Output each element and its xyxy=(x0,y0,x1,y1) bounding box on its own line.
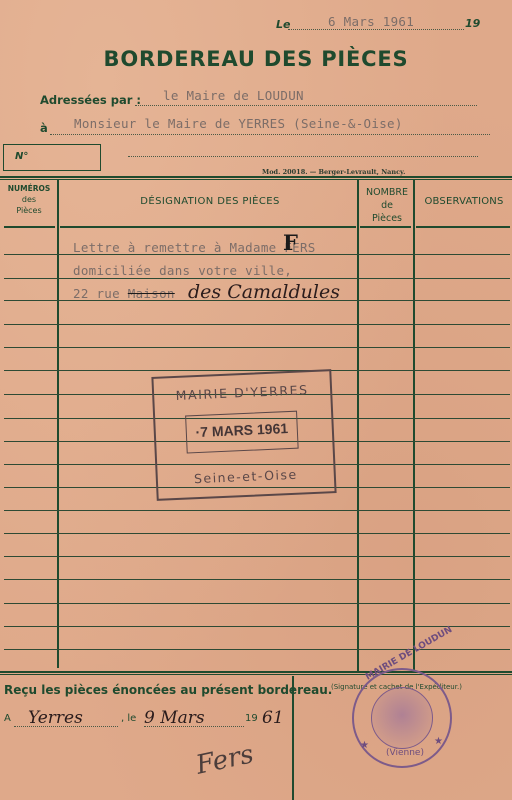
header-numbers-line2: des xyxy=(2,194,56,205)
table-top-rule xyxy=(0,176,512,178)
row-rule xyxy=(4,603,510,604)
header-rule-col1 xyxy=(4,226,55,228)
recipient-signature: Fers xyxy=(194,739,257,780)
receipt-date-prefix: , le xyxy=(121,713,136,724)
header-count-line2: de xyxy=(360,199,414,212)
footer-top-rule-thin xyxy=(0,674,512,675)
reception-stamp: MAIRIE D'YERRES ·7 MARS 1961 Seine-et-Oi… xyxy=(151,369,336,501)
seal-bottom-text: (Vienne) xyxy=(386,748,424,758)
designation-line-1: Lettre à remettre à Madame FERS xyxy=(73,240,316,255)
number-box: N° xyxy=(3,144,101,171)
receipt-date-value: 9 Mars xyxy=(144,708,205,728)
table-top-rule-thin xyxy=(0,179,512,180)
row-rule xyxy=(4,370,510,371)
printer-imprint: Mod. 20018. — Berger-Levrault, Nancy. xyxy=(262,168,405,176)
header-rule-col3 xyxy=(360,226,411,228)
designation-line-3: 22 rue Maison xyxy=(73,286,175,301)
row-rule xyxy=(4,533,510,534)
stamp-date-box: ·7 MARS 1961 xyxy=(185,411,299,454)
date-value: 6 Mars 1961 xyxy=(328,14,414,29)
row-rule xyxy=(4,510,510,511)
receipt-year-prefix: 19 xyxy=(245,713,258,724)
handwritten-correction: F xyxy=(283,230,298,255)
header-count-line3: Pièces xyxy=(360,212,414,225)
row-rule xyxy=(4,649,510,650)
row-rule xyxy=(4,626,510,627)
row-rule xyxy=(4,579,510,580)
handwritten-street: des Camaldules xyxy=(188,281,340,303)
date-field: 6 Mars 1961 xyxy=(288,14,464,30)
header-numbers-line1: NUMÉROS xyxy=(2,183,56,194)
recipient-prefix: à xyxy=(40,121,48,135)
header-numbers: NUMÉROS des Pièces xyxy=(2,183,56,216)
stamp-office: MAIRIE D'YERRES xyxy=(154,381,330,404)
header-rule-col2 xyxy=(60,226,356,228)
number-label: N° xyxy=(15,151,28,162)
sender-value: le Maire de LOUDUN xyxy=(163,88,304,103)
header-observations: OBSERVATIONS xyxy=(416,196,512,207)
row-rule xyxy=(4,556,510,557)
stamp-date: ·7 MARS 1961 xyxy=(186,420,297,441)
blank-dotted-line xyxy=(128,155,478,157)
sender-seal: MAIRIE DE LOUDUN (Vienne) ★ ★ xyxy=(352,668,452,768)
receipt-place-field: Yerres xyxy=(14,712,118,727)
receipt-place-prefix: A xyxy=(4,713,11,724)
receipt-year-value: 61 xyxy=(262,708,284,728)
footer-top-rule xyxy=(0,671,512,673)
page-title: BORDEREAU DES PIÈCES xyxy=(0,47,512,71)
row-rule xyxy=(4,324,510,325)
recipient-value: Monsieur le Maire de YERRES (Seine-&-Ois… xyxy=(74,116,403,131)
receipt-title: Reçu les pièces énoncées au présent bord… xyxy=(4,683,332,697)
star-icon: ★ xyxy=(360,740,369,751)
header-designation: DÉSIGNATION DES PIÈCES xyxy=(60,196,360,207)
receipt-place-value: Yerres xyxy=(28,708,83,728)
sender-field: le Maire de LOUDUN xyxy=(135,90,477,106)
header-count: NOMBRE de Pièces xyxy=(360,186,414,225)
designation-line-2: domiciliée dans votre ville, xyxy=(73,263,292,278)
header-numbers-line3: Pièces xyxy=(2,205,56,216)
header-count-line1: NOMBRE xyxy=(360,186,414,199)
row-rule xyxy=(4,347,510,348)
row-rule xyxy=(4,278,510,279)
struck-text: Maison xyxy=(128,286,175,301)
receipt-date-field: 9 Mars xyxy=(144,712,244,727)
date-year-prefix: 19 xyxy=(465,17,480,30)
star-icon: ★ xyxy=(434,736,443,747)
seal-emblem-icon xyxy=(371,687,433,749)
header-rule-col4 xyxy=(416,226,510,228)
sender-label: Adressées par : xyxy=(40,93,141,107)
street-prefix: 22 rue xyxy=(73,286,128,301)
recipient-field: Monsieur le Maire de YERRES (Seine-&-Ois… xyxy=(50,118,490,135)
stamp-department: Seine-et-Oise xyxy=(158,465,334,488)
